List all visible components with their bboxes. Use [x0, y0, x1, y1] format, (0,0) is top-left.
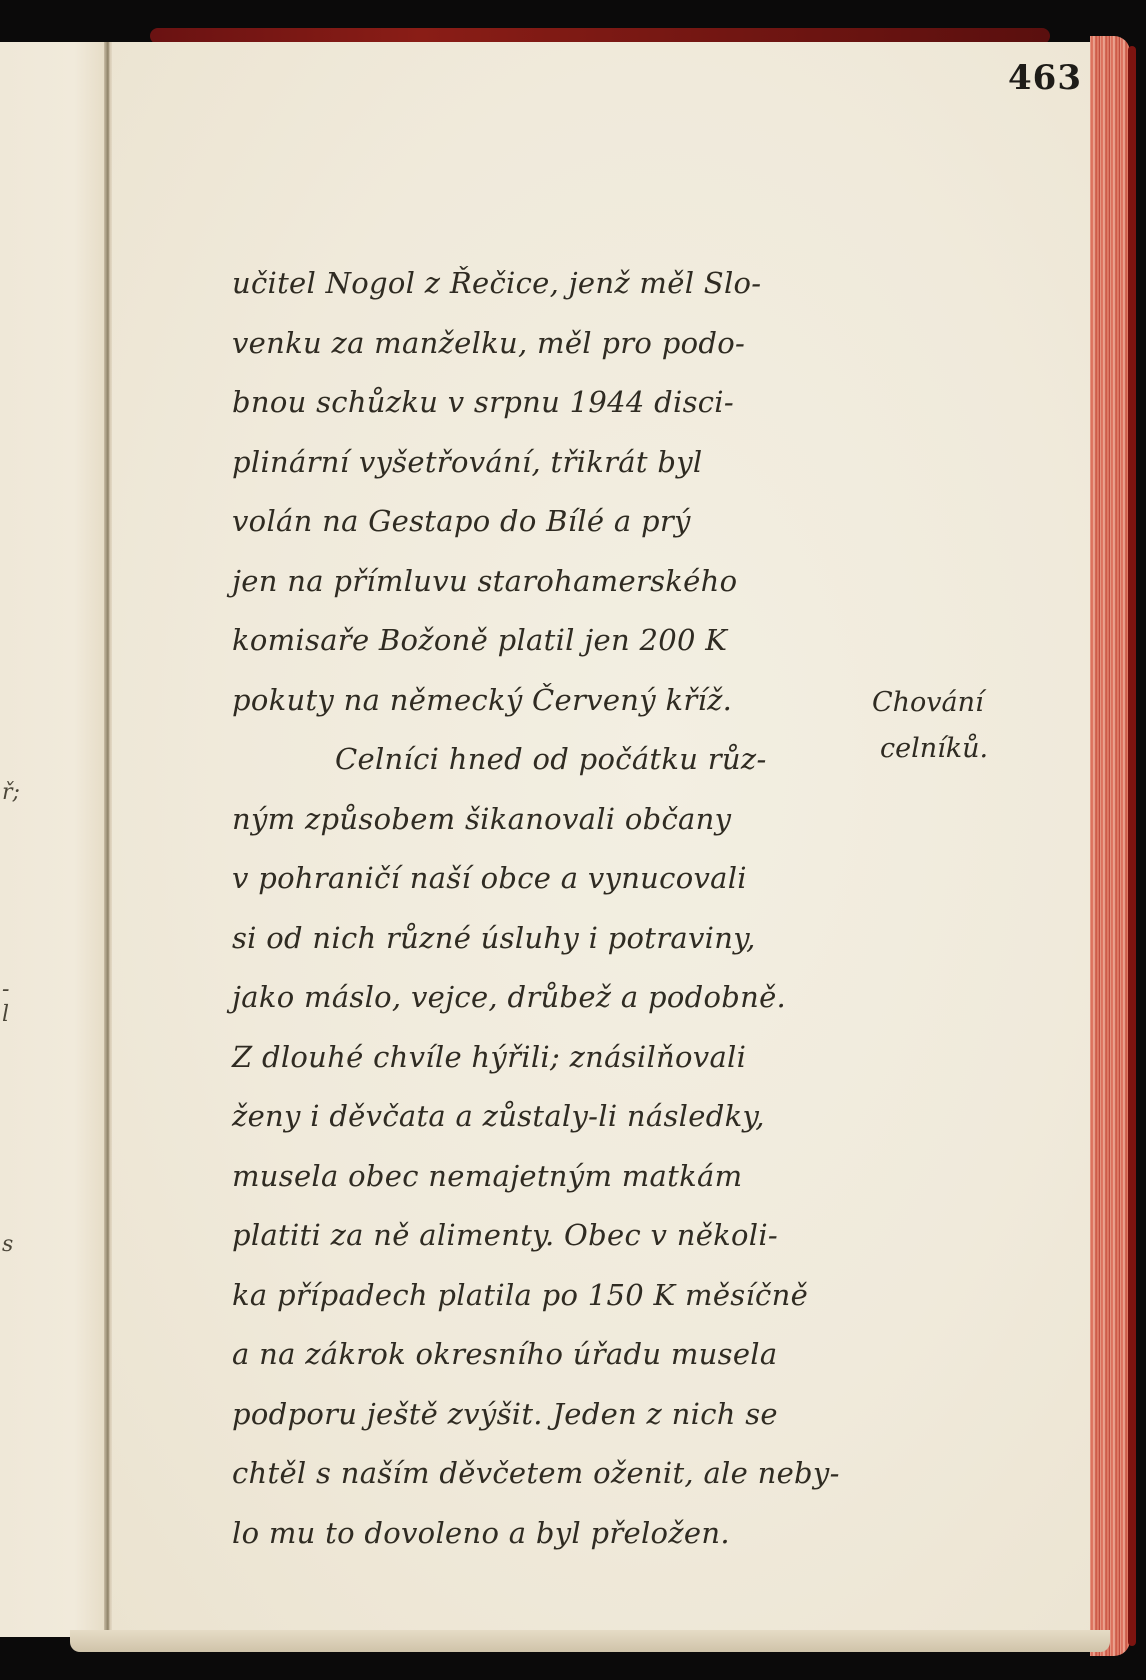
- text-line: pokuty na německý Červený kříž.: [232, 675, 872, 735]
- text-line: Z dlouhé chvíle hýřili; znásilňovali: [232, 1032, 872, 1092]
- handwritten-text-block: učitel Nogol z Řečice, jenž měl Slo- ven…: [232, 258, 872, 1567]
- text-line: ženy i děvčata a zůstaly-li následky,: [232, 1091, 872, 1151]
- page-bottom-edges: [70, 1630, 1110, 1652]
- left-page-fragment: l: [2, 1002, 9, 1027]
- left-page-fragment: -: [2, 977, 9, 1002]
- page-number: 463: [1008, 58, 1082, 98]
- left-page-fragment: s: [2, 1232, 13, 1257]
- text-line: ka případech platila po 150 K měsíčně: [232, 1270, 872, 1330]
- text-line: jako máslo, vejce, drůbež a podobně.: [232, 972, 872, 1032]
- text-line: učitel Nogol z Řečice, jenž měl Slo-: [232, 258, 872, 318]
- text-line: komisaře Božoně platil jen 200 K: [232, 615, 872, 675]
- text-line: podporu ještě zvýšit. Jeden z nich se: [232, 1389, 872, 1449]
- margin-note: Chování celníků.: [872, 680, 1012, 772]
- text-line: ným způsobem šikanovali občany: [232, 794, 872, 854]
- left-page: ř; - l s: [0, 42, 106, 1637]
- text-line: lo mu to dovoleno a byl přeložen.: [232, 1508, 872, 1568]
- text-line: si od nich různé úsluhy i potraviny,: [232, 913, 872, 973]
- text-line: chtěl s naším děvčetem oženit, ale neby-: [232, 1448, 872, 1508]
- margin-note-line: Chování: [872, 680, 1012, 726]
- left-page-fragment: ř;: [2, 780, 20, 805]
- text-line: musela obec nemajetným matkám: [232, 1151, 872, 1211]
- text-line: bnou schůzku v srpnu 1944 disci-: [232, 377, 872, 437]
- paragraph-start-line: Celníci hned od počátku růz-: [232, 734, 872, 794]
- page-edges-red: [1090, 36, 1130, 1656]
- book-scan: ř; - l s 463 učitel Nogol z Řečice, jenž…: [0, 0, 1146, 1680]
- text-line: plinární vyšetřování, třikrát byl: [232, 437, 872, 497]
- text-line: volán na Gestapo do Bílé a prý: [232, 496, 872, 556]
- text-line: v pohraničí naší obce a vynucovali: [232, 853, 872, 913]
- text-line: venku za manželku, měl pro podo-: [232, 318, 872, 378]
- margin-note-line: celníků.: [872, 726, 1012, 772]
- text-line: a na zákrok okresního úřadu musela: [232, 1329, 872, 1389]
- text-line: platiti za ně alimenty. Obec v několi-: [232, 1210, 872, 1270]
- text-line: jen na přímluvu starohamerského: [232, 556, 872, 616]
